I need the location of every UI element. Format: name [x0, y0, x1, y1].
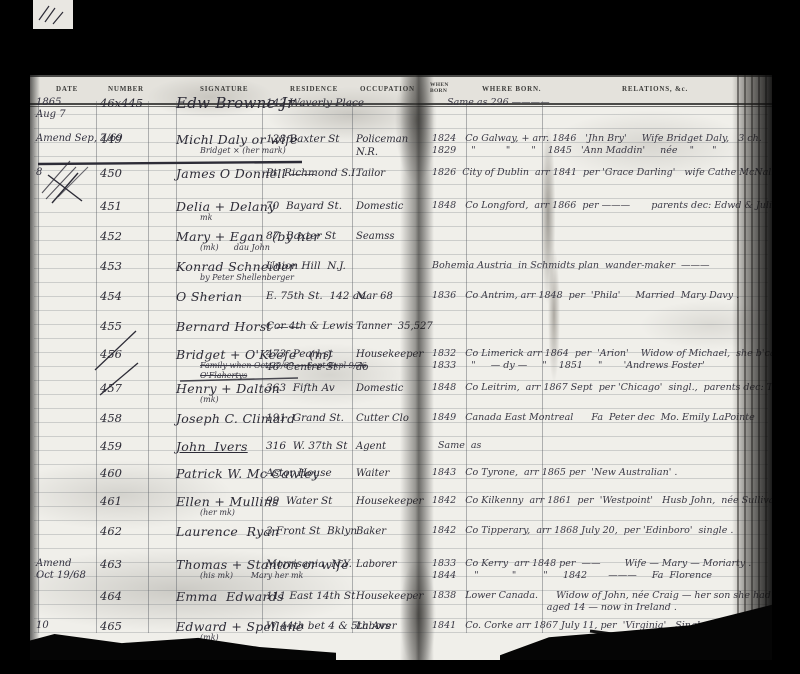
header-relations: RELATIONS, &c.: [622, 85, 688, 93]
entry-date: 1865Aug 7: [36, 97, 66, 121]
entry-occupation: Tanner 35,527: [356, 320, 433, 333]
entry-occupation: Cutter Clo: [356, 412, 409, 425]
entry-residence: Pt. Richmond S.I.: [266, 167, 359, 180]
entry-number: 450: [100, 167, 122, 180]
entry-born-and-relations: 1833 Co Kerry arr 1848 per —— Wife — Mar…: [432, 558, 751, 582]
entry-born-and-relations: Same as: [432, 440, 481, 452]
entry-number: 457: [100, 382, 122, 395]
entry-residence: E. 75th St. 142 av.: [266, 290, 367, 303]
entry-signature: Laurence Ryan: [176, 525, 280, 538]
entry-born-and-relations: Bohemia Austria in Schmidts plan wander-…: [432, 260, 710, 272]
entry-signature: John Ivers: [176, 440, 248, 453]
header-number: NUMBER: [108, 85, 144, 93]
header-date: DATE: [56, 85, 78, 93]
entry-born-and-relations: 1848 Co Longford, arr 1866 per ——— paren…: [432, 200, 772, 212]
entry-residence: 111 East 14th St: [266, 590, 355, 603]
entry-residence: Astor House: [266, 467, 332, 480]
entry-number: 463: [100, 558, 122, 571]
corner-scribble-marks: [33, 0, 73, 29]
entry-number: 451: [100, 200, 122, 213]
entry-signature-note: mk: [200, 213, 212, 223]
header-signature: SIGNATURE: [200, 85, 248, 93]
entry-residence: 3 Front St Bklyn: [266, 525, 357, 538]
entry-occupation: Mar 68: [356, 290, 393, 303]
entry-number: 455: [100, 320, 122, 333]
entry-number: 453: [100, 260, 122, 273]
entry-residence: Morrisania N.Y.: [266, 558, 352, 571]
entry-born-and-relations: 1842 Co Tipperary, arr 1868 July 20, per…: [432, 525, 733, 537]
entry-date: AmendOct 19/68: [36, 558, 86, 582]
entry-number: 454: [100, 290, 122, 303]
column-rule: [38, 101, 39, 633]
entry-signature-note: (mk) dau John: [200, 243, 270, 253]
entry-residence: Cor 4th & Lewis: [266, 320, 353, 333]
entry-signature: Henry + Dalton: [176, 382, 280, 395]
entry-residence: 142 Waverly Place: [266, 97, 364, 110]
entry-born-and-relations: 1836 Co Antrim, arr 1848 per 'Phila' Mar…: [432, 290, 739, 302]
column-rule: [96, 101, 97, 633]
entry-signature-note: Bridget × (her mark): [200, 146, 286, 156]
entry-born-and-relations: 1838 Lower Canada. Widow of John, née Cr…: [432, 590, 772, 614]
header-occupation: OCCUPATION: [360, 85, 415, 93]
entry-number: 456: [100, 348, 122, 361]
entry-signature: Delia + Delany: [176, 200, 275, 213]
entry-signature-note: (mk): [200, 395, 219, 405]
entry-number: 460: [100, 467, 122, 480]
entry-number: 458: [100, 412, 122, 425]
entry-residence: 473 Pearl st46 Centre St: [266, 348, 337, 374]
entry-occupation: Laborer: [356, 558, 397, 571]
entry-occupation: Waiter: [356, 467, 389, 480]
entry-date: 8: [36, 167, 42, 179]
scanned-ledger-page: DATE NUMBER SIGNATURE RESIDENCE OCCUPATI…: [0, 0, 800, 674]
header-residence: RESIDENCE: [290, 85, 338, 93]
entry-born-and-relations: 1824 Co Galway, + arr. 1846 'Jhn Bry' Wi…: [432, 133, 762, 157]
header-where-born: WHERE BORN.: [482, 85, 541, 93]
entry-number: 464: [100, 590, 122, 603]
entry-occupation: Domestic: [356, 382, 403, 395]
entry-residence: 191 Grand St.: [266, 412, 344, 425]
entry-residence: 128 Baxter St: [266, 133, 339, 146]
entry-signature-note: by Peter Shellenberger: [200, 273, 294, 283]
entry-occupation: Tailor: [356, 167, 385, 180]
column-rule: [148, 101, 149, 633]
entry-born-and-relations: 1826 City of Dublin arr 1841 per 'Grace …: [432, 167, 772, 179]
header-when-born: WHEN BORN: [430, 82, 460, 94]
entry-residence: Union Hill N.J.: [266, 260, 346, 273]
entry-number: 46x445: [100, 97, 143, 110]
entry-born-and-relations: 1849 Canada East Montreal Fa Peter dec M…: [432, 412, 755, 424]
scan-shadow-bottom-left: [30, 634, 336, 660]
entry-occupation: Domestic: [356, 200, 403, 213]
entry-born-and-relations: 1832 Co Limerick arr 1864 per 'Arion' Wi…: [432, 348, 772, 372]
entry-residence: 70 Bayard St.: [266, 200, 342, 213]
entry-occupation: Seamss: [356, 230, 394, 243]
entry-residence: 316 W. 37th St: [266, 440, 347, 453]
entry-born-and-relations: 1843 Co Tyrone, arr 1865 per 'New Austra…: [432, 467, 677, 479]
scan-corner-fragment: [33, 0, 73, 29]
ledger-spread: DATE NUMBER SIGNATURE RESIDENCE OCCUPATI…: [30, 75, 772, 660]
entry-number: 449: [100, 133, 122, 146]
entry-date: 10: [36, 620, 49, 632]
entry-occupation: Housekeeperdo: [356, 348, 423, 374]
entry-born-and-relations: 1848 Co Leitrim, arr 1867 Sept per 'Chic…: [432, 382, 772, 394]
entry-occupation: Agent: [356, 440, 386, 453]
entry-occupation: PolicemanN.R.: [356, 133, 408, 159]
entry-occupation: Housekeeper: [356, 495, 423, 508]
entry-residence: 363 Fifth Av: [266, 382, 335, 395]
entry-number: 461: [100, 495, 122, 508]
entry-signature: Ellen + Mullins: [176, 495, 279, 508]
entry-number: 452: [100, 230, 122, 243]
entry-occupation: Housekeeper: [356, 590, 423, 603]
entry-signature-note: (his mk) Mary her mk: [200, 571, 303, 581]
entry-number: 462: [100, 525, 122, 538]
entry-number: 459: [100, 440, 122, 453]
entry-number: 465: [100, 620, 122, 633]
entry-residence: 87 Baxter St: [266, 230, 336, 243]
entry-occupation: Baker: [356, 525, 386, 538]
entry-born-and-relations: 1842 Co Kilkenny arr 1861 per 'Westpoint…: [432, 495, 772, 507]
entry-residence: 99 Water St: [266, 495, 332, 508]
entry-signature: O Sherian: [176, 290, 242, 303]
entry-signature-note: (her mk): [200, 508, 235, 518]
entry-occupation: Laborer: [356, 620, 397, 633]
entry-born-and-relations: Same as 296 ————: [432, 97, 550, 109]
